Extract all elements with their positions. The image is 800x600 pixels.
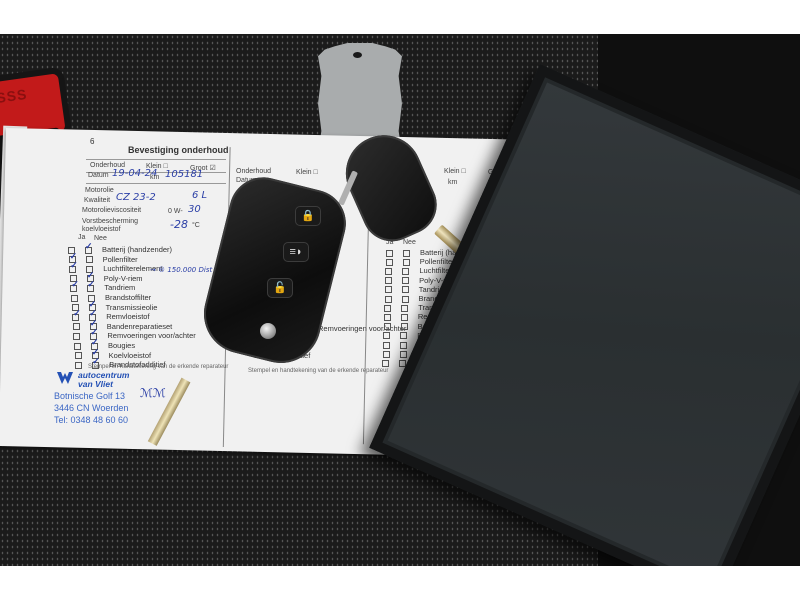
liters-value: 6 L xyxy=(192,190,207,201)
checklist-item: Remvloeistof xyxy=(72,312,149,321)
checklist-label: Pollenfilter xyxy=(103,255,138,264)
ja-checkbox xyxy=(385,296,392,303)
right-nee-label: Nee xyxy=(403,239,416,246)
checklist-item: Poly-V-riem xyxy=(70,274,143,283)
page-number: 6 xyxy=(90,137,94,146)
dealer-name: autocentrum van Vliet xyxy=(78,371,129,389)
km-label: km xyxy=(150,174,159,181)
checklist-label: Tandriem xyxy=(104,283,135,292)
unlock-icon: 🔓 xyxy=(267,278,293,298)
ja-checkbox xyxy=(385,268,392,275)
nee-check-mark: ✓ xyxy=(85,241,93,252)
motorolie-label: Motorolie xyxy=(85,187,114,194)
nee-checkbox xyxy=(401,314,408,321)
mid-stamp-caption: Stempel en handtekening van de erkende r… xyxy=(248,368,388,374)
key-fob: 🔒 ≡◗ 🔓 xyxy=(215,182,365,362)
ja-checkbox xyxy=(74,343,81,350)
ja-checkbox xyxy=(71,295,78,302)
brand-logo-icon xyxy=(260,323,276,339)
right-km-label: km xyxy=(448,179,457,186)
lock-icon: 🔒 xyxy=(295,206,321,226)
checklist-item: Koelvloeistof xyxy=(75,351,152,360)
datum-label: Datum xyxy=(88,172,109,179)
vorst-unit: °C xyxy=(192,222,200,229)
ja-checkbox xyxy=(383,351,390,358)
nee-checkbox xyxy=(402,268,409,275)
ja-checkbox xyxy=(383,332,390,339)
checklist-item: Luchtfilterelement xyxy=(69,264,162,273)
dealer-street: Botnische Golf 13 xyxy=(54,390,128,402)
checklist-label: Poly-V-riem xyxy=(104,274,143,283)
ja-checkbox xyxy=(73,323,80,330)
rule xyxy=(86,183,226,184)
ja-check-mark: ✓ xyxy=(71,279,79,290)
km-value: 105181 xyxy=(165,169,203,180)
vorst-label: Vorstbescherming koelvloeistof xyxy=(82,218,172,234)
mid-onderhoud-label: Onderhoud xyxy=(236,168,271,175)
nee-checkbox xyxy=(402,286,409,293)
signature: ℳℳ xyxy=(140,386,166,400)
poly-v-note: → ® 150.000 Dist xyxy=(150,266,212,274)
checklist-label: Bougies xyxy=(108,341,135,350)
checklist-item: Tandriem xyxy=(70,283,135,292)
checklist-item: Transmissieolie xyxy=(72,303,158,312)
checklist-item: Brandstoffilter xyxy=(71,293,151,302)
key-fob-body xyxy=(195,170,353,371)
viscositeit-prefix: 0 W- xyxy=(168,208,183,215)
checklist-label: Koelvloeistof xyxy=(109,351,152,360)
ja-checkbox xyxy=(384,314,391,321)
ja-checkbox xyxy=(73,333,80,340)
dealer-city: 3446 CN Woerden xyxy=(54,402,128,414)
nee-checkbox xyxy=(402,296,409,303)
viscositeit-label: Motorolieviscositeit xyxy=(82,207,141,214)
ja-check-mark: ✓ xyxy=(70,260,78,271)
ja-checkbox xyxy=(382,360,389,367)
key-tag-hole xyxy=(353,52,362,58)
dealer-logo-icon xyxy=(56,371,74,385)
nee-label: Nee xyxy=(94,235,107,242)
checklist-label: Batterij (handzender) xyxy=(102,245,172,254)
checklist-label: Remvloeistof xyxy=(106,312,149,321)
right-klein-label: Klein □ xyxy=(444,168,466,175)
ja-checkbox xyxy=(386,259,393,266)
nee-check-mark: ✓ xyxy=(87,279,95,290)
viscositeit-value: 30 xyxy=(188,204,201,215)
checklist-item: Bandenreparatieset xyxy=(73,322,172,331)
dealer-name-line2: van Vliet xyxy=(78,380,129,389)
nee-checkbox xyxy=(401,323,408,330)
booklet-title: Bevestiging onderhoud xyxy=(128,145,229,155)
checklist-label: Bandenreparatieset xyxy=(107,322,172,331)
checklist-item: Bougies xyxy=(74,341,135,350)
nee-checkbox xyxy=(400,332,407,339)
ja-checkbox xyxy=(385,286,392,293)
ja-checkbox xyxy=(385,277,392,284)
right-checklist-item: Pollenfilter xyxy=(386,257,455,266)
nee-checkbox xyxy=(401,305,408,312)
nee-checkbox xyxy=(400,342,407,349)
checklist-item: Batterij (handzender) xyxy=(68,245,172,254)
ja-checkbox xyxy=(75,352,82,359)
ja-checkbox xyxy=(383,342,390,349)
nee-checkbox xyxy=(400,351,407,358)
nee-checkbox xyxy=(402,277,409,284)
ja-label: Ja xyxy=(78,234,85,241)
nee-checkbox xyxy=(403,259,410,266)
ja-checkbox xyxy=(384,323,391,330)
ja-checkbox xyxy=(75,362,82,369)
ja-check-mark: ✓ xyxy=(73,308,81,319)
kwaliteit-value: CZ 23-2 xyxy=(116,192,156,203)
checklist-item: Pollenfilter xyxy=(69,255,138,264)
mid-klein-label: Klein □ xyxy=(296,169,318,176)
checklist-label: Remvoeringen voor/achter xyxy=(107,331,195,340)
dealer-address: Botnische Golf 13 3446 CN Woerden Tel: 0… xyxy=(54,390,128,426)
kwaliteit-label: Kwaliteit xyxy=(84,197,110,204)
dealer-phone: Tel: 0348 48 60 60 xyxy=(54,414,128,426)
checklist-label: Transmissieolie xyxy=(106,303,158,312)
nee-checkbox xyxy=(403,250,410,257)
title-rule xyxy=(86,159,226,160)
vorst-value: -28 xyxy=(170,218,188,231)
ja-checkbox xyxy=(384,305,391,312)
headlight-icon: ≡◗ xyxy=(283,242,309,262)
photo: SSS 6 Bevestiging onderhoud Onderhoud Kl… xyxy=(0,34,800,566)
nee-checkbox xyxy=(86,256,93,263)
buckle-mark: SSS xyxy=(0,86,28,106)
checklist-label: Brandstoffilter xyxy=(105,293,151,302)
ja-checkbox xyxy=(386,250,393,257)
